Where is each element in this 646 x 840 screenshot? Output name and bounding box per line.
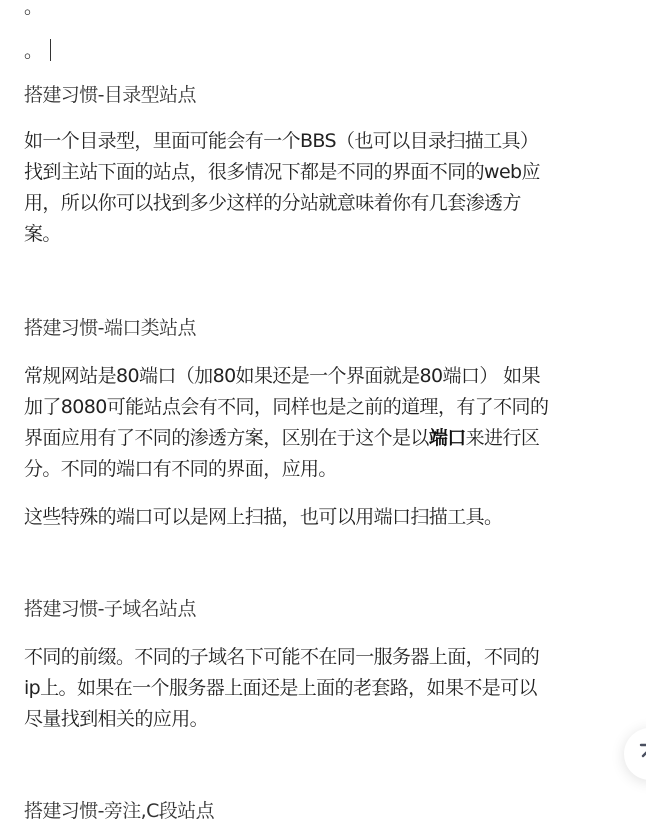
paragraph-line: 如一个目录型，里面可能会有一个BBS（也可以目录扫描工具） — [24, 126, 624, 157]
paragraph-line: 常规网站是80端口（加80如果还是一个界面就是80端口） 如果 — [24, 361, 624, 392]
text-run: 界面应用有了不同的渗透方案，区别在于这个是以 — [24, 427, 429, 449]
section-heading-side-c-segment: 搭建习惯-旁注,C段站点 — [24, 796, 214, 826]
paragraph-line: 界面应用有了不同的渗透方案，区别在于这个是以端口来进行区 — [24, 423, 624, 454]
paragraph-line: 用，所以你可以找到多少这样的分站就意味着你有几套渗透方 — [24, 188, 624, 219]
paragraph-subdomain: 不同的前缀。不同的子域名下可能不在同一服务器上面，不同的 ip上。如果在一个服务… — [24, 642, 624, 735]
paragraph-line: 加了8080可能站点会有不同，同样也是之前的道理，有了不同的 — [24, 392, 624, 423]
bold-text-port: 端口 — [429, 427, 466, 449]
back-to-top-button[interactable] — [624, 728, 646, 780]
fragment-text: 。 — [24, 0, 42, 18]
paragraph-line: 分。不同的端口有不同的界面，应用。 — [24, 454, 624, 485]
text-run: 来进行区 — [466, 427, 540, 449]
text-cursor — [50, 39, 51, 61]
section-heading-subdomain: 搭建习惯-子域名站点 — [24, 594, 196, 624]
fragment-text: 。 — [24, 40, 42, 62]
paragraph-port: 常规网站是80端口（加80如果还是一个界面就是80端口） 如果 加了8080可能… — [24, 361, 624, 485]
section-heading-port: 搭建习惯-端口类站点 — [24, 313, 196, 343]
section-heading-directory: 搭建习惯-目录型站点 — [24, 80, 196, 110]
paragraph-directory: 如一个目录型，里面可能会有一个BBS（也可以目录扫描工具） 找到主站下面的站点，… — [24, 126, 624, 250]
paragraph-line: 找到主站下面的站点，很多情况下都是不同的界面不同的web应 — [24, 157, 624, 188]
text-fragment: 。 — [24, 0, 42, 22]
text-fragment-with-caret[interactable]: 。 — [24, 36, 51, 66]
paragraph-line: 尽量找到相关的应用。 — [24, 704, 624, 735]
paragraph-port-scan: 这些特殊的端口可以是网上扫描，也可以用端口扫描工具。 — [24, 502, 502, 532]
paragraph-line: ip上。如果在一个服务器上面还是上面的老套路，如果不是可以 — [24, 673, 624, 704]
paragraph-line: 案。 — [24, 219, 624, 250]
back-to-top-icon — [639, 742, 646, 766]
paragraph-line: 不同的前缀。不同的子域名下可能不在同一服务器上面，不同的 — [24, 642, 624, 673]
